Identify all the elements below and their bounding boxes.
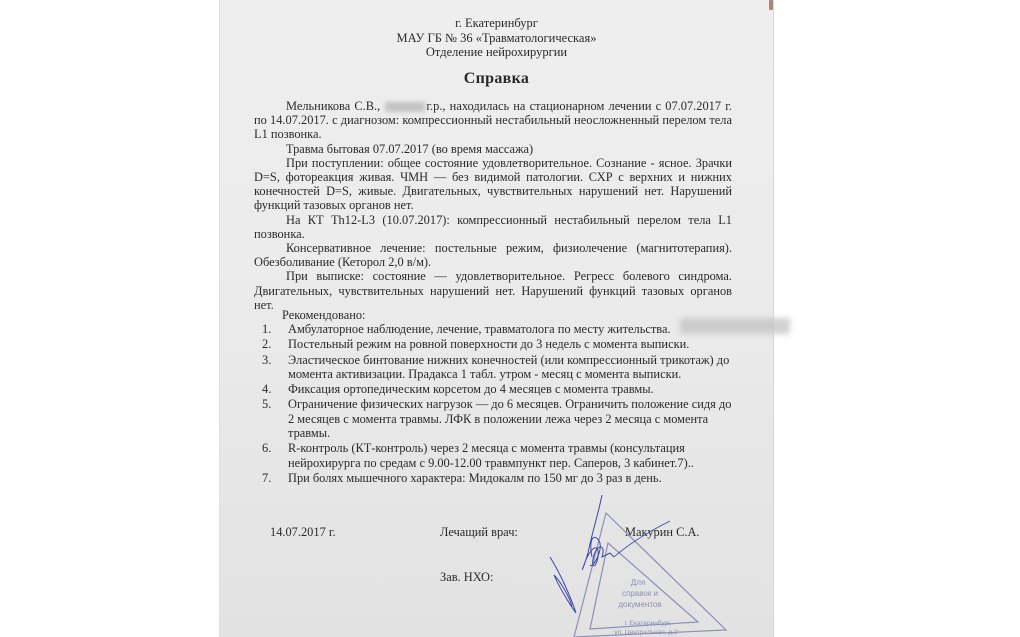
header-department: Отделение нейрохирургии xyxy=(219,45,774,60)
head-of-department-label: Зав. НХО: xyxy=(440,570,493,585)
stamp-and-signature: Для справок и документов г. Екатеринбург… xyxy=(530,495,730,637)
item-number: 1. xyxy=(262,322,271,336)
list-item: 6.R-контроль (КТ-контроль) через 2 месяц… xyxy=(262,441,732,470)
item-text: Ограничение физических нагрузок — до 6 м… xyxy=(288,397,731,440)
item-text: Эластическое бинтование нижних конечност… xyxy=(288,353,729,381)
paragraph-injury: Травма бытовая 07.07.2017 (во время масс… xyxy=(254,142,732,156)
recommendations-list: 1.Амбулаторное наблюдение, лечение, трав… xyxy=(262,322,732,486)
paragraph-treatment: Консервативное лечение: постельные режим… xyxy=(254,241,732,269)
svg-text:документов: документов xyxy=(618,600,661,609)
item-number: 2. xyxy=(262,337,271,351)
document-body: Мельникова С.В., г.р., находилась на ста… xyxy=(254,99,732,312)
item-number: 5. xyxy=(262,397,271,411)
document-header: г. Екатеринбург МАУ ГБ № 36 «Травматолог… xyxy=(219,16,774,60)
patient-name: Мельникова С.В., xyxy=(286,99,384,113)
item-number: 7. xyxy=(262,471,271,485)
item-number: 3. xyxy=(262,353,271,367)
list-item: 5.Ограничение физических нагрузок — до 6… xyxy=(262,397,732,440)
paragraph-patient: Мельникова С.В., г.р., находилась на ста… xyxy=(254,99,732,142)
paragraph-ct: На КТ Th12-L3 (10.07.2017): компрессионн… xyxy=(254,213,732,241)
list-item: 3.Эластическое бинтование нижних конечно… xyxy=(262,353,732,382)
paragraph-discharge: При выписке: состояние — удовлетворитель… xyxy=(254,269,732,312)
list-item: 7.При болях мышечного характера: Мидокал… xyxy=(262,471,732,485)
list-item: 1.Амбулаторное наблюдение, лечение, трав… xyxy=(262,322,732,336)
redacted-birth-year xyxy=(385,102,425,112)
header-city: г. Екатеринбург xyxy=(219,16,774,31)
svg-text:справок и: справок и xyxy=(622,589,658,598)
item-text: При болях мышечного характера: Мидокалм … xyxy=(288,471,662,485)
signature-date: 14.07.2017 г. xyxy=(270,525,336,540)
redacted-handwriting xyxy=(680,318,790,334)
doctor-label: Лечащий врач: xyxy=(440,525,518,540)
svg-text:Для: Для xyxy=(631,578,645,587)
item-text: Фиксация ортопедическим корсетом до 4 ме… xyxy=(288,382,654,396)
paragraph-admission: При поступлении: общее состояние удовлет… xyxy=(254,156,732,213)
list-item: 2.Постельный режим на ровной поверхности… xyxy=(262,337,732,351)
item-text: Постельный режим на ровной поверхности д… xyxy=(288,337,689,351)
recommendations-title: Рекомендовано: xyxy=(282,308,366,323)
svg-text:г. Екатеринбург,: г. Екатеринбург, xyxy=(624,619,671,627)
paper-edge-mark xyxy=(769,0,773,10)
item-text: Амбулаторное наблюдение, лечение, травма… xyxy=(288,322,671,336)
svg-text:ул. Центральная, д.2: ул. Центральная, д.2 xyxy=(614,629,678,636)
item-number: 4. xyxy=(262,382,271,396)
list-item: 4.Фиксация ортопедическим корсетом до 4 … xyxy=(262,382,732,396)
document-title: Справка xyxy=(219,70,774,88)
item-text: R-контроль (КТ-контроль) через 2 месяца … xyxy=(288,441,694,469)
item-number: 6. xyxy=(262,441,271,455)
header-institution: МАУ ГБ № 36 «Травматологическая» xyxy=(219,31,774,46)
